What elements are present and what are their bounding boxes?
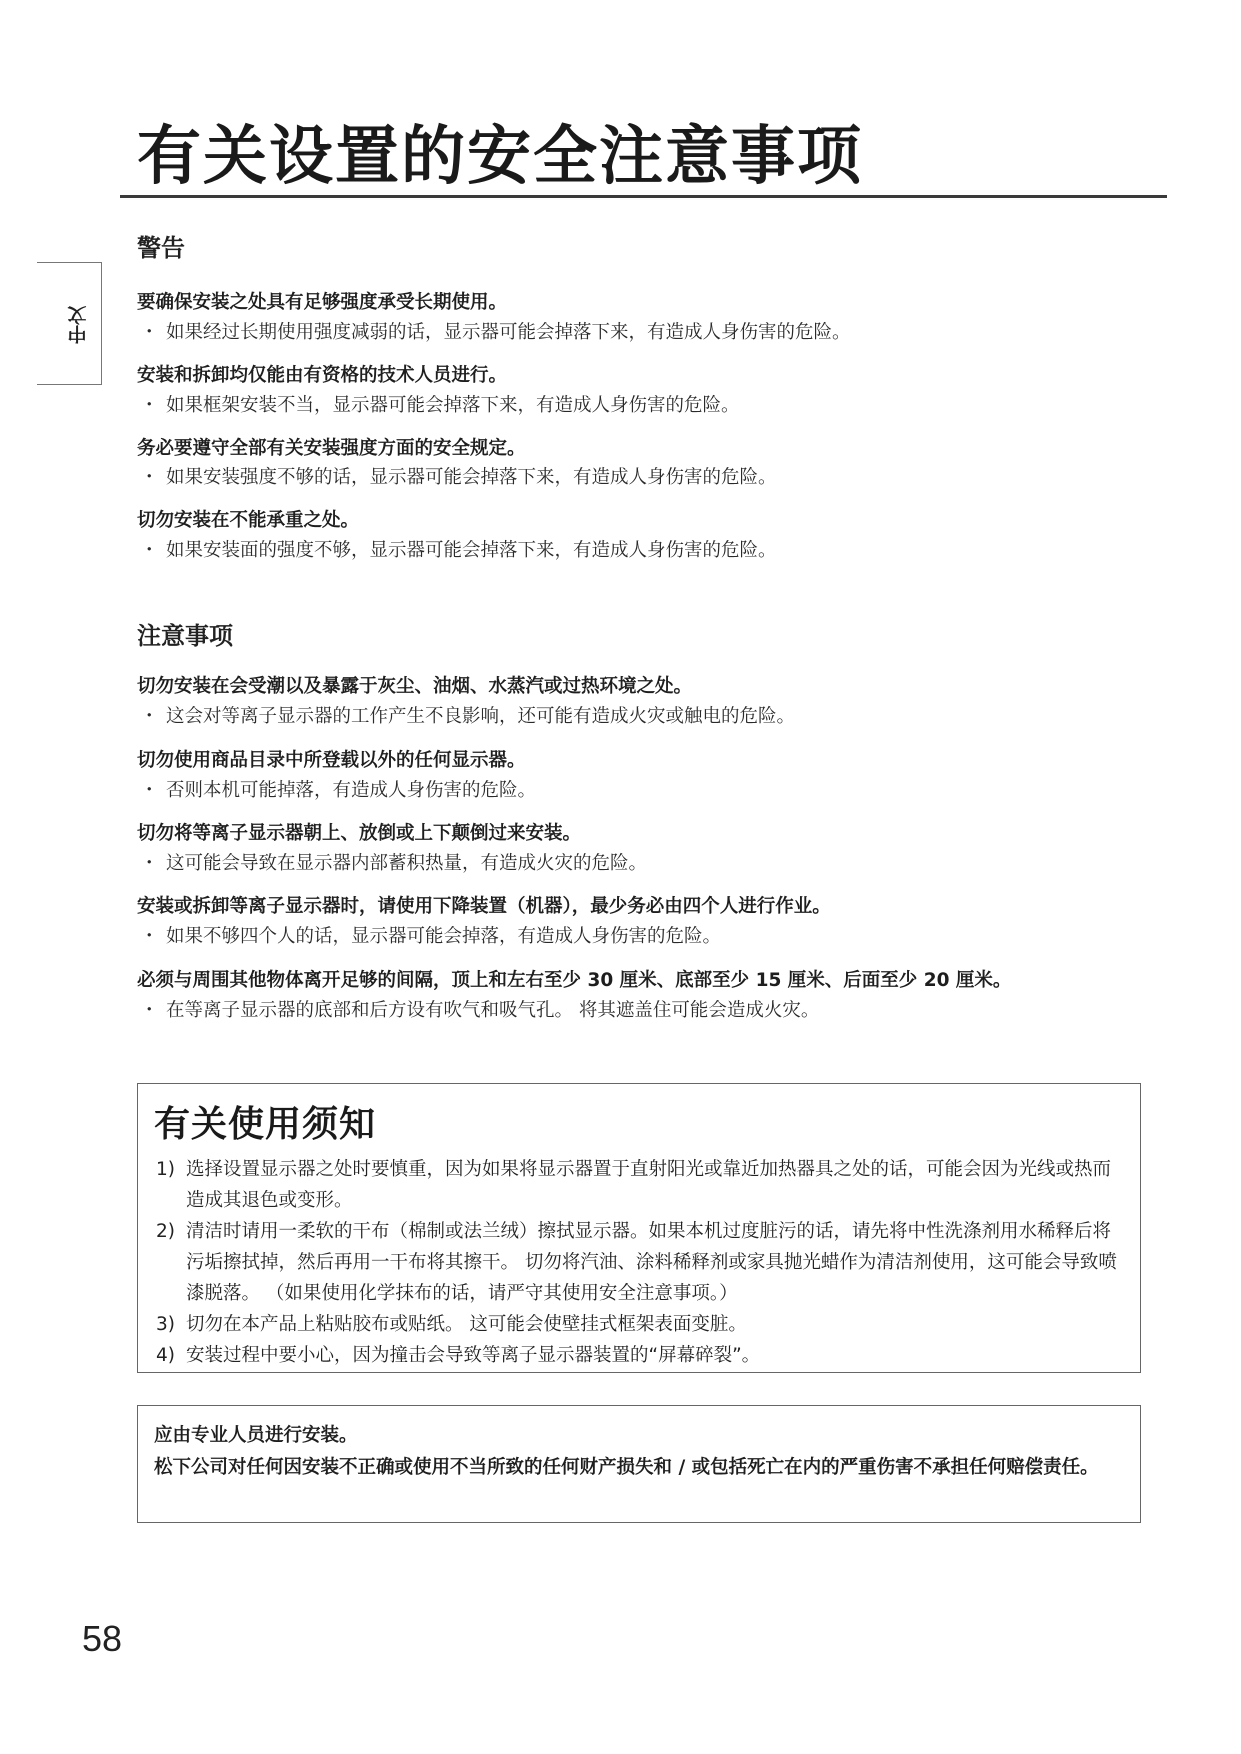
usage-notes-list: 1)选择设置显示器之处时要慎重，因为如果将显示器置于直射阳光或靠近加热器具之处的… bbox=[156, 1154, 1126, 1371]
bullet-dot-icon: ・ bbox=[140, 702, 166, 728]
usage-note-text: 安装过程中要小心，因为撞击会导致等离子显示器装置的“屏幕碎裂”。 bbox=[186, 1340, 1126, 1371]
caution-item-title: 切勿将等离子显示器朝上、放倒或上下颠倒过来安装。 bbox=[137, 819, 581, 845]
warning-item-bullet: ・如果经过长期使用强度减弱的话，显示器可能会掉落下来，有造成人身伤害的危险。 bbox=[140, 318, 851, 344]
usage-note-text: 切勿在本产品上粘贴胶布或贴纸。 这可能会使壁挂式框架表面变脏。 bbox=[186, 1309, 1126, 1340]
usage-note-number: 1) bbox=[156, 1154, 186, 1216]
bullet-dot-icon: ・ bbox=[140, 922, 166, 948]
bullet-text: 这会对等离子显示器的工作产生不良影响，还可能有造成火灾或触电的危险。 bbox=[166, 706, 795, 727]
caution-item-title: 安装或拆卸等离子显示器时，请使用下降装置（机器），最少务必由四个人进行作业。 bbox=[137, 892, 831, 918]
usage-note-text: 选择设置显示器之处时要慎重，因为如果将显示器置于直射阳光或靠近加热器具之处的话，… bbox=[186, 1154, 1126, 1216]
bullet-text: 如果安装面的强度不够，显示器可能会掉落下来，有造成人身伤害的危险。 bbox=[166, 540, 777, 561]
bullet-text: 如果安装强度不够的话，显示器可能会掉落下来，有造成人身伤害的危险。 bbox=[166, 467, 777, 488]
warning-item-title: 要确保安装之处具有足够强度承受长期使用。 bbox=[137, 288, 507, 314]
usage-notes-box: 有关使用须知 1)选择设置显示器之处时要慎重，因为如果将显示器置于直射阳光或靠近… bbox=[137, 1083, 1141, 1373]
page-title: 有关设置的安全注意事项 bbox=[137, 118, 863, 196]
bullet-dot-icon: ・ bbox=[140, 391, 166, 417]
caution-item-bullet: ・这可能会导致在显示器内部蓄积热量，有造成火灾的危险。 bbox=[140, 849, 647, 875]
caution-item-title: 切勿使用商品目录中所登载以外的任何显示器。 bbox=[137, 746, 526, 772]
bullet-text: 如果框架安装不当，显示器可能会掉落下来，有造成人身伤害的危险。 bbox=[166, 395, 740, 416]
bullet-dot-icon: ・ bbox=[140, 776, 166, 802]
warning-item-title: 切勿安装在不能承重之处。 bbox=[137, 506, 359, 532]
warning-item-title: 安装和拆卸均仅能由有资格的技术人员进行。 bbox=[137, 361, 507, 387]
warning-item-bullet: ・如果安装强度不够的话，显示器可能会掉落下来，有造成人身伤害的危险。 bbox=[140, 463, 777, 489]
usage-note-text: 清洁时请用一柔软的干布（棉制或法兰绒）擦拭显示器。如果本机过度脏污的话，请先将中… bbox=[186, 1216, 1126, 1309]
usage-note-number: 3) bbox=[156, 1309, 186, 1340]
bullet-dot-icon: ・ bbox=[140, 996, 166, 1022]
usage-note-number: 2) bbox=[156, 1216, 186, 1309]
caution-heading: 注意事项 bbox=[137, 616, 233, 651]
caution-item-bullet: ・如果不够四个人的话，显示器可能会掉落，有造成人身伤害的危险。 bbox=[140, 922, 721, 948]
bullet-dot-icon: ・ bbox=[140, 536, 166, 562]
usage-notes-heading: 有关使用须知 bbox=[154, 1096, 376, 1147]
bullet-text: 否则本机可能掉落，有造成人身伤害的危险。 bbox=[166, 780, 536, 801]
liability-notice-box: 应由专业人员进行安装。 松下公司对任何因安装不正确或使用不当所致的任何财产损失和… bbox=[137, 1405, 1141, 1523]
caution-item-title: 必须与周围其他物体离开足够的间隔，顶上和左右至少 30 厘米、底部至少 15 厘… bbox=[137, 966, 1011, 992]
caution-item-bullet: ・这会对等离子显示器的工作产生不良影响，还可能有造成火灾或触电的危险。 bbox=[140, 702, 795, 728]
liability-notice-text: 应由专业人员进行安装。 松下公司对任何因安装不正确或使用不当所致的任何财产损失和… bbox=[154, 1420, 1124, 1484]
caution-item-bullet: ・否则本机可能掉落，有造成人身伤害的危险。 bbox=[140, 776, 536, 802]
caution-item-title: 切勿安装在会受潮以及暴露于灰尘、油烟、水蒸汽或过热环境之处。 bbox=[137, 672, 692, 698]
language-tab-label: 中文 bbox=[63, 300, 93, 350]
bullet-dot-icon: ・ bbox=[140, 463, 166, 489]
caution-item-bullet: ・在等离子显示器的底部和后方设有吹气和吸气孔。 将其遮盖住可能会造成火灾。 bbox=[140, 996, 819, 1022]
notice-line: 松下公司对任何因安装不正确或使用不当所致的任何财产损失和 / 或包括死亡在内的严… bbox=[154, 1452, 1124, 1484]
warning-item-title: 务必要遵守全部有关安装强度方面的安全规定。 bbox=[137, 434, 526, 460]
usage-note-item: 2)清洁时请用一柔软的干布（棉制或法兰绒）擦拭显示器。如果本机过度脏污的话，请先… bbox=[156, 1216, 1126, 1309]
bullet-dot-icon: ・ bbox=[140, 849, 166, 875]
usage-note-item: 3)切勿在本产品上粘贴胶布或贴纸。 这可能会使壁挂式框架表面变脏。 bbox=[156, 1309, 1126, 1340]
usage-note-item: 1)选择设置显示器之处时要慎重，因为如果将显示器置于直射阳光或靠近加热器具之处的… bbox=[156, 1154, 1126, 1216]
bullet-text: 这可能会导致在显示器内部蓄积热量，有造成火灾的危险。 bbox=[166, 853, 647, 874]
usage-note-number: 4) bbox=[156, 1340, 186, 1371]
warning-heading: 警告 bbox=[137, 228, 185, 263]
title-divider bbox=[120, 195, 1167, 198]
notice-line: 应由专业人员进行安装。 bbox=[154, 1420, 1124, 1452]
bullet-text: 如果不够四个人的话，显示器可能会掉落，有造成人身伤害的危险。 bbox=[166, 926, 721, 947]
bullet-dot-icon: ・ bbox=[140, 318, 166, 344]
warning-item-bullet: ・如果安装面的强度不够，显示器可能会掉落下来，有造成人身伤害的危险。 bbox=[140, 536, 777, 562]
bullet-text: 如果经过长期使用强度减弱的话，显示器可能会掉落下来，有造成人身伤害的危险。 bbox=[166, 322, 851, 343]
usage-note-item: 4)安装过程中要小心，因为撞击会导致等离子显示器装置的“屏幕碎裂”。 bbox=[156, 1340, 1126, 1371]
bullet-text: 在等离子显示器的底部和后方设有吹气和吸气孔。 将其遮盖住可能会造成火灾。 bbox=[166, 1000, 819, 1021]
page-number: 58 bbox=[82, 1618, 122, 1660]
warning-item-bullet: ・如果框架安装不当，显示器可能会掉落下来，有造成人身伤害的危险。 bbox=[140, 391, 740, 417]
